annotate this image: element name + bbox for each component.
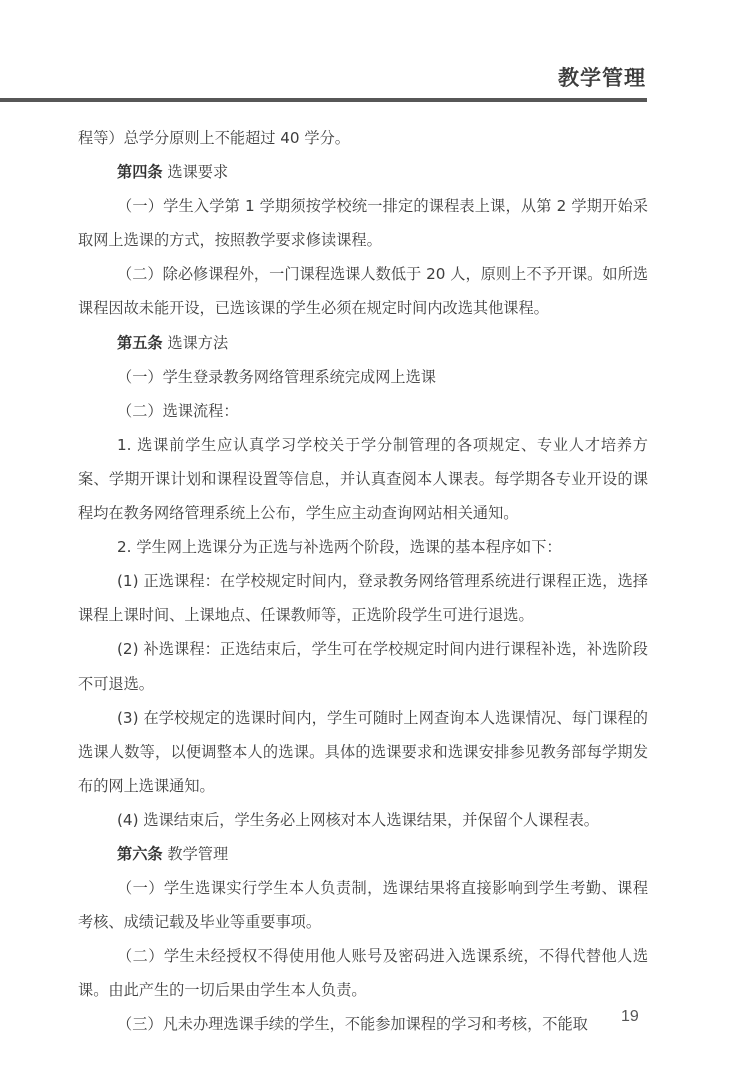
article-item: （一）学生登录教务网络管理系统完成网上选课: [78, 360, 648, 394]
header-rule-divider: [0, 98, 647, 102]
article-heading-5: 第五条 选课方法: [78, 326, 648, 360]
article-item: （二）学生未经授权不得使用他人账号及密码进入选课系统，不得代替他人选课。由此产生…: [78, 939, 648, 1007]
page-body: 程等）总学分原则上不能超过 40 学分。 第四条 选课要求 （一）学生入学第 1…: [78, 121, 648, 1042]
article-item: （二）选课流程：: [78, 394, 648, 428]
article-item: 2. 学生网上选课分为正选与补选两个阶段，选课的基本程序如下：: [78, 530, 648, 564]
article-number: 第六条: [117, 845, 163, 863]
running-header-title: 教学管理: [558, 62, 646, 92]
article-item: (1) 正选课程：在学校规定时间内，登录教务网络管理系统进行课程正选，选择课程上…: [78, 564, 648, 632]
article-title: 选课要求: [167, 163, 228, 181]
article-item: (2) 补选课程：正选结束后，学生可在学校规定时间内进行课程补选，补选阶段不可退…: [78, 632, 648, 700]
article-item: （一）学生入学第 1 学期须按学校统一排定的课程表上课，从第 2 学期开始采取网…: [78, 189, 648, 257]
continued-paragraph: 程等）总学分原则上不能超过 40 学分。: [78, 121, 648, 155]
article-title: 选课方法: [167, 334, 228, 352]
article-item: (3) 在学校规定的选课时间内，学生可随时上网查询本人选课情况、每门课程的选课人…: [78, 701, 648, 803]
article-heading-6: 第六条 教学管理: [78, 837, 648, 871]
page-number: 19: [621, 1008, 639, 1026]
article-heading-4: 第四条 选课要求: [78, 155, 648, 189]
article-item: （一）学生选课实行学生本人负责制，选课结果将直接影响到学生考勤、课程考核、成绩记…: [78, 871, 648, 939]
article-item: (4) 选课结束后，学生务必上网核对本人选课结果，并保留个人课程表。: [78, 803, 648, 837]
article-title: 教学管理: [167, 845, 228, 863]
article-number: 第五条: [117, 334, 163, 352]
article-item: （二）除必修课程外，一门课程选课人数低于 20 人，原则上不予开课。如所选课程因…: [78, 257, 648, 325]
article-number: 第四条: [117, 163, 163, 181]
article-item: （三）凡未办理选课手续的学生，不能参加课程的学习和考核，不能取: [78, 1007, 648, 1041]
article-item: 1. 选课前学生应认真学习学校关于学分制管理的各项规定、专业人才培养方案、学期开…: [78, 428, 648, 530]
